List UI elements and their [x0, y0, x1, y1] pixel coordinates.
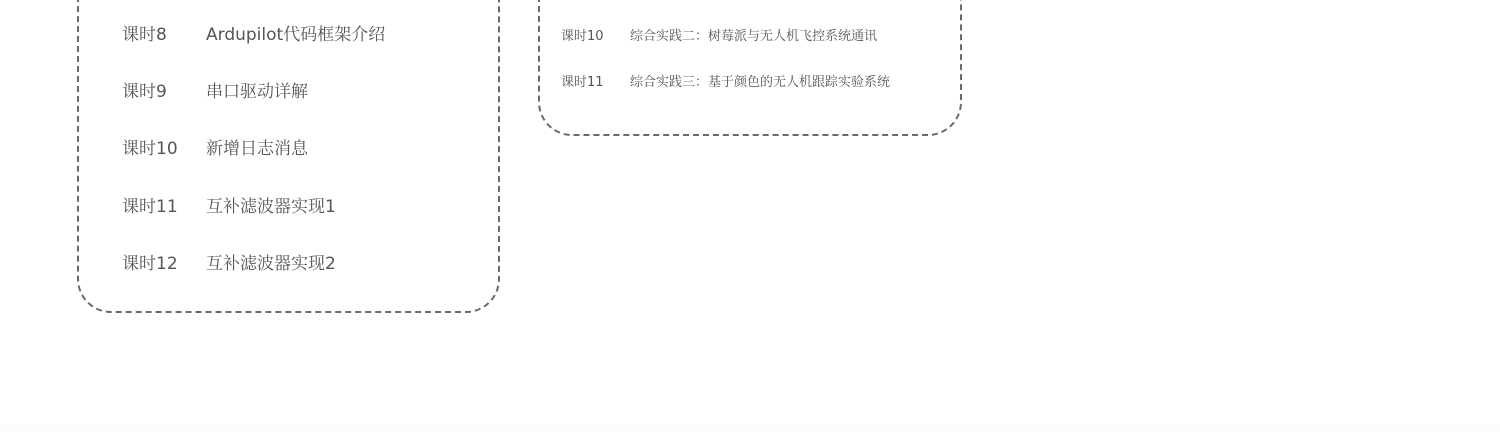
- lesson-item: 课时12 互补滤波器实现2: [122, 249, 336, 273]
- lesson-number: 课时9: [122, 77, 206, 102]
- lesson-title: 互补滤波器实现1: [206, 192, 336, 217]
- lesson-title: 新增日志消息: [206, 134, 308, 159]
- lesson-number: 课时12: [122, 249, 206, 274]
- page-bottom-strip: [0, 424, 1500, 432]
- lesson-item: 课时10 新增日志消息: [122, 134, 308, 158]
- lesson-item: 课时11 综合实践三：基于颜色的无人机跟踪实验系统: [561, 70, 890, 90]
- lesson-title: 综合实践三：基于颜色的无人机跟踪实验系统: [630, 71, 890, 90]
- lesson-title: 互补滤波器实现2: [206, 249, 336, 274]
- lesson-item: 课时8 Ardupilot代码框架介绍: [122, 20, 385, 44]
- lesson-title: 综合实践二：树莓派与无人机飞控系统通讯: [630, 25, 877, 44]
- lesson-number: 课时10: [561, 25, 630, 44]
- lesson-title: 串口驱动详解: [206, 77, 308, 102]
- lesson-title: Ardupilot代码框架介绍: [206, 20, 385, 45]
- lesson-item: 课时11 互补滤波器实现1: [122, 192, 336, 216]
- lesson-number: 课时11: [561, 71, 630, 90]
- lesson-number: 课时10: [122, 134, 206, 159]
- course-lesson-list-left: 课时8 Ardupilot代码框架介绍 课时9 串口驱动详解 课时10 新增日志…: [77, 0, 500, 313]
- lesson-number: 课时8: [122, 20, 206, 45]
- lesson-item: 课时9 串口驱动详解: [122, 77, 308, 101]
- course-lesson-list-right: 课时10 综合实践二：树莓派与无人机飞控系统通讯 课时11 综合实践三：基于颜色…: [538, 0, 962, 136]
- lesson-item: 课时10 综合实践二：树莓派与无人机飞控系统通讯: [561, 24, 877, 44]
- lesson-number: 课时11: [122, 192, 206, 217]
